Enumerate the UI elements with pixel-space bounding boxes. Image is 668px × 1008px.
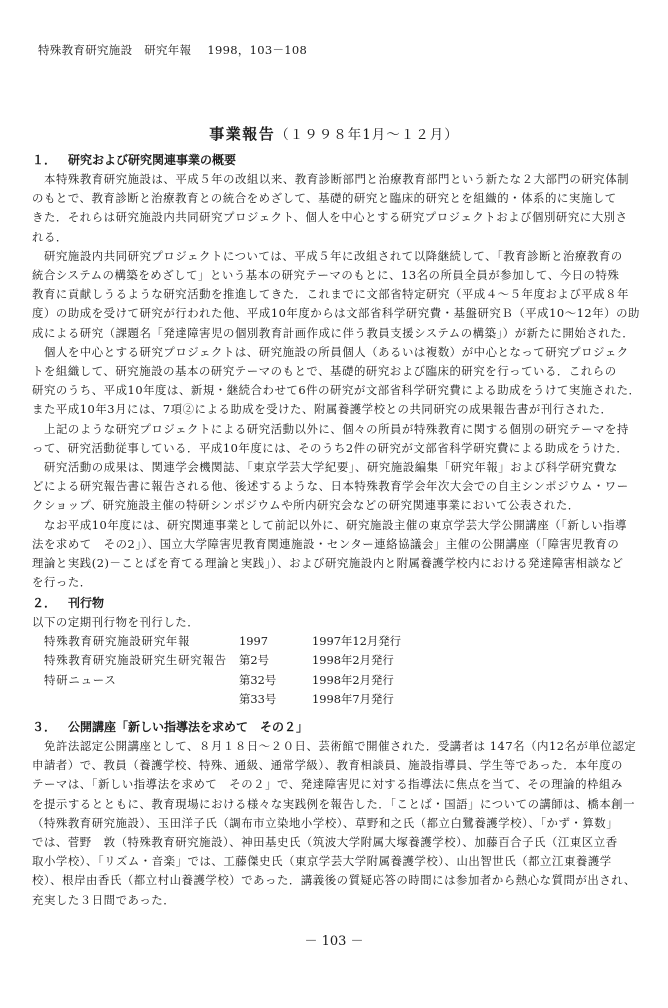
section-research-overview: １．研究および研究関連事業の概要 本特殊教育研究施設は、平成５年の改組以来、教育…	[32, 151, 644, 592]
publication-issue: 第2号	[239, 651, 312, 670]
text-line: クショップ、研究施設主催の特研シンポジウムや所内研究会などの研究関連事業において…	[32, 496, 644, 515]
publication-date: 1998年7月発行	[312, 690, 512, 709]
title-main: 事業報告	[209, 125, 275, 143]
publication-title: 特殊教育研究施設研究生研究報告	[44, 651, 239, 670]
text-line: れる．	[32, 228, 644, 247]
text-line: 研究施設内共同研究プロジェクトについては、平成５年に改組されて以降継続して、「教…	[32, 247, 644, 266]
publication-row: 特研ニュース第32号1998年2月発行	[44, 671, 512, 690]
section-heading: １．研究および研究関連事業の概要	[32, 151, 644, 170]
text-line: 申請者）で、教員（養護学校、特殊、通級、通常学級）、教育相談員、施設指導員、学生…	[32, 756, 644, 775]
running-head: 特殊教育研究施設 研究年報 1998，103－108	[38, 42, 319, 58]
publication-issue: 1997	[239, 632, 312, 651]
publication-title	[44, 690, 239, 709]
text-line: 本特殊教育研究施設は、平成５年の改組以来、教育診断部門と治療教育部門という新たな…	[32, 170, 644, 189]
section-public-lecture: ３．公開講座「新しい指導法を求めて その２」 免許法認定公開講座として、８月１８…	[32, 718, 644, 910]
page-title: 事業報告（１９９８年1月～１２月）	[0, 123, 668, 144]
text-line: 取小学校）、「リズム・音楽」では、工藤傑史氏（東京学芸大学附属養護学校）、山出智…	[32, 852, 644, 871]
page-number: － 103 －	[0, 930, 668, 949]
text-line: なお平成10年度には、研究関連事業として前記以外に、研究施設主催の東京学芸大学公…	[32, 516, 644, 535]
citation: 1998，103－108	[207, 43, 307, 57]
publication-title: 特殊教育研究施設研究年報	[44, 632, 239, 651]
text-line: では、菅野 敦（特殊教育研究施設）、神田基史氏（筑波大学附属大塚養護学校）、加藤…	[32, 833, 644, 852]
text-line: （特殊教育研究施設）、玉田洋子氏（調布市立染地小学校）、草野和之氏（都立白鷺養護…	[32, 814, 644, 833]
text-line: 成による研究（課題名「発達障害児の個別教育計画作成に伴う教員支援システムの構築」…	[32, 324, 644, 343]
text-line: 上記のような研究プロジェクトによる研究活動以外に、個々の所員が特殊教育に関する個…	[32, 420, 644, 439]
section-heading: ３．公開講座「新しい指導法を求めて その２」	[32, 718, 644, 737]
text-line: 法を求めて その2」）、国立大学障害児教育関連施設・センター連絡協議会」主催の公…	[32, 535, 644, 554]
text-line: のもとで、教育診断と治療教育との統合をめざして、基礎的研究と臨床的研究とを組織的…	[32, 189, 644, 208]
section-heading: ２．刊行物	[32, 594, 644, 613]
publication-row: 特殊教育研究施設研究生研究報告第2号1998年2月発行	[44, 651, 512, 670]
text-line: 教育に貢献しうるような研究活動を推進してきた．これまでに文部省特定研究（平成４～…	[32, 285, 644, 304]
text-line: 免許法認定公開講座として、８月１８日～２０日、芸術館で開催された．受講者は 14…	[32, 737, 644, 756]
text-line: 理論と実践(2)－ことばを育てる理論と実践」）、および研究施設内と附属養護学校内…	[32, 554, 644, 573]
publications-table: 特殊教育研究施設研究年報19971997年12月発行特殊教育研究施設研究生研究報…	[44, 632, 512, 709]
publications-intro: 以下の定期刊行物を刊行した．	[32, 613, 644, 632]
text-line: テーマは、「新しい指導法を求めて その２」で、発達障害児に対する指導法に焦点を当…	[32, 775, 644, 794]
text-line: 統合システムの構築をめざして」という基本の研究テーマのもとに、13名の所員全員が…	[32, 266, 644, 285]
journal-name: 特殊教育研究施設 研究年報	[38, 43, 191, 57]
section-publications: ２．刊行物 以下の定期刊行物を刊行した． 特殊教育研究施設研究年報1997199…	[32, 594, 644, 709]
publication-date: 1997年12月発行	[312, 632, 512, 651]
publication-row: 第33号1998年7月発行	[44, 690, 512, 709]
text-line: って、研究活動従事している．平成10年度には、そのうち2件の研究が文部省科学研究…	[32, 439, 644, 458]
text-line: 研究のうち、平成10年度は、新規・継続合わせて6件の研究が文部省科学研究費による…	[32, 381, 644, 400]
text-line: 校）、根岸由香氏（都立村山養護学校）であった．講義後の質疑応答の時間には参加者か…	[32, 871, 644, 890]
text-line: また平成10年3月には、7項②による助成を受けた、附属養護学校との共同研究の成果…	[32, 400, 644, 419]
text-line: どによる研究報告書に報告される他、後述するような、日本特殊教育学会年次大会での自…	[32, 477, 644, 496]
text-line: 個人を中心とする研究プロジェクトは、研究施設の所員個人（あるいは複数）が中心とな…	[32, 343, 644, 362]
text-line: 度）の助成を受けて研究が行われた他、平成10年度からは文部省科学研究費・基盤研究…	[32, 304, 644, 323]
publication-row: 特殊教育研究施設研究年報19971997年12月発行	[44, 632, 512, 651]
text-line: 充実した３日間であった．	[32, 891, 644, 910]
text-line: トを組織して、研究施設の基本の研究テーマのもとで、基礎的研究および臨床的研究を行…	[32, 362, 644, 381]
section-body: 免許法認定公開講座として、８月１８日～２０日、芸術館で開催された．受講者は 14…	[32, 737, 644, 910]
text-line: を提示するとともに、教育現場における様々な実践例を報告した．「ことば・国語」につ…	[32, 795, 644, 814]
publication-title: 特研ニュース	[44, 671, 239, 690]
section-body: 本特殊教育研究施設は、平成５年の改組以来、教育診断部門と治療教育部門という新たな…	[32, 170, 644, 592]
text-line: きた．それらは研究施設内共同研究プロジェクト、個人を中心とする研究プロジェクトお…	[32, 208, 644, 227]
title-period: （１９９８年1月～１２月）	[275, 127, 459, 143]
publication-date: 1998年2月発行	[312, 671, 512, 690]
text-line: を行った．	[32, 573, 644, 592]
text-line: 研究活動の成果は、関連学会機関誌、「東京学芸大学紀要」、研究施設編集「研究年報」…	[32, 458, 644, 477]
publication-issue: 第32号	[239, 671, 312, 690]
publication-date: 1998年2月発行	[312, 651, 512, 670]
publication-issue: 第33号	[239, 690, 312, 709]
